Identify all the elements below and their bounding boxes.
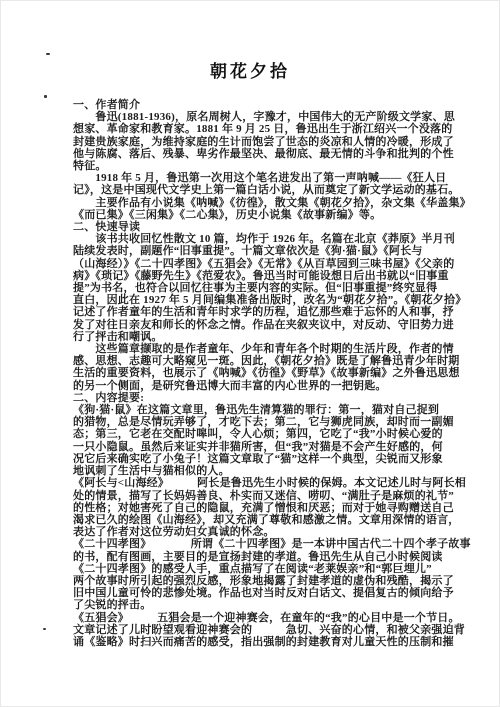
text-line: 特征。 — [73, 160, 433, 172]
text-line: 态；第三，它老在交配时嗥叫，令人心烦；第四，它吃了“我”小时候心爱的 — [73, 428, 433, 440]
text-line: 旧中国儿童可怜的悲惨处境。作品也对当时反对白话文、提倡复古的倾向给予 — [73, 587, 433, 599]
text-line: 《二十四孝图》 所谓《二十四孝图》是一本讲中国古代二十四个孝子故事 — [73, 538, 433, 550]
text-line: 病》《琐记》《藤野先生》《范爱农》。鲁迅当时可能设想日后出书就以“旧事重 — [73, 270, 433, 282]
document-title: 朝花夕拾 — [1, 1, 499, 83]
text-line: 一、作者简介 — [73, 99, 433, 111]
text-line: 直白，因此在 1927 年 5 月间编集准备出版时，改名为“朝花夕拾”。《朝花夕… — [73, 294, 433, 306]
text-line: 《二十四孝图》的感受人手，重点描写了在阅读“老莱娱亲”和“郭巨埋儿” — [73, 563, 433, 575]
text-line: （山海经）》《二十四孝图》《五猖会》《无常》《从百草园到三味书屋》《父亲的 — [73, 258, 433, 270]
text-line: 行了抨击和嘲讽。 — [73, 331, 433, 343]
text-line: 发了对往日亲友和师长的怀念之情。作品在夹叙夹议中，对反动、守旧势力进 — [73, 319, 433, 331]
text-line: 记述了作者童年的生活和青年时求学的历程，追忆那些难于忘怀的人和事，抒 — [73, 306, 433, 318]
text-line: 提”为书名，也符合以回忆往事为主要内容的实际。但“旧事重提”终究显得 — [73, 282, 433, 294]
text-line: 二、快速导读 — [73, 221, 433, 233]
text-line: 的书，配有图画，主要目的是宣扬封建的孝道。鲁迅先生从自己小时候阅读 — [73, 551, 433, 563]
text-line: 了尖锐的抨击。 — [73, 599, 433, 611]
document-page: 朝花夕拾 一、作者简介 鲁迅(1881-1936)，原名周树人，字豫才，中国伟大… — [0, 0, 500, 707]
text-line: 他与陈腐、落后、残暴、卑劣作最坚决、最彻底、最无情的斗争和批判的个性 — [73, 148, 433, 160]
text-line: 记》，这是中国现代文学史上第一篇白话小说，从而奠定了新文学运动的基石。 — [73, 184, 433, 196]
text-line: 的性格；对她害死了自己的隐鼠，充满了憎恨和厌恶；而对于她寻购赠送自己 — [73, 502, 433, 514]
text-line: 鲁迅(1881-1936)，原名周树人，字豫才，中国伟大的无产阶级文学家、思 — [73, 111, 433, 123]
text-line: 的另一个侧面，是研究鲁迅博大而丰富的内心世界的一把钥匙。 — [73, 380, 433, 392]
text-line: 主要作品有小说集《呐喊》《彷徨》，散文集《朝花夕拾》，杂文集《华盖集》 — [73, 197, 433, 209]
text-line: 二、内容提要: — [73, 392, 433, 404]
text-line: 况它后来确实吃了小兔子！这篇文章取了“猫”这样一个典型，尖锐而又形象 — [73, 453, 433, 465]
text-line: 一只小隐鼠。虽然后来证实并非猫所害，但“我”对猫是不会产生好感的，何 — [73, 441, 433, 453]
text-line: 《五猖会》 五猖会是一个迎神赛会，在童年的“我”的心目中是一个节日。 — [73, 612, 433, 624]
text-line: 生活的重要资料，也展示了《呐喊》《彷徨》《野草》《故事新编》之外鲁迅思想 — [73, 367, 433, 379]
document-body: 一、作者简介 鲁迅(1881-1936)，原名周树人，字豫才，中国伟大的无产阶级… — [73, 99, 433, 648]
text-line: 文章记述了儿时盼望观看迎神赛会的 急切、兴奋的心情，和被父亲强迫背 — [73, 624, 433, 636]
scan-artifact — [44, 95, 47, 98]
text-line: 《阿长与<山海经》 阿长是鲁迅先生小时候的保姆。本文记述儿时与阿长相 — [73, 477, 433, 489]
text-line: 封建贵族家庭，为维持家庭的生计而饱尝了世态的炎凉和人情的冷暖，形成了 — [73, 136, 433, 148]
text-line: 该书共收回忆性散文 10 篇，均作于 1926 年。名篇在北京《莽原》半月刊 — [73, 233, 433, 245]
text-line: 《狗·猫·鼠》在这篇文章里，鲁迅先生清算猫的罪行：第一，猫对自己捉到 — [73, 404, 433, 416]
text-line: 渴求已久的绘图《山海经》，却又充满了尊敬和感激之情。文章用深情的语言， — [73, 514, 433, 526]
scan-artifact — [43, 628, 46, 630]
text-line: 想家、革命家和教育家。1881 年 9 月 25 日，鲁迅出生于浙江绍兴一个没落… — [73, 123, 433, 135]
text-line: 陆续发表时，副题作“旧事重提”。十篇文章依次是《狗·猫·鼠》《阿长与 — [73, 245, 433, 257]
text-line: 《而已集》《三闲集》《二心集》，历史小说集《故事新编》等。 — [73, 209, 433, 221]
text-line: 两个故事时所引起的强烈反感，形象地揭露了封建孝道的虚伪和残酷，揭示了 — [73, 575, 433, 587]
text-line: 地讽刺了生活中与猫相似的人。 — [73, 465, 433, 477]
text-line: 的猎物，总是尽情玩弄够了，才吃下去；第二，它与狮虎同族，却时而一副媚 — [73, 416, 433, 428]
text-line: 诵《鉴略》时扫兴而痛苦的感受，指出强制的封建教育对儿童天性的压制和摧 — [73, 636, 433, 648]
text-line: 这些篇章撷取的是作者童年、少年和青年各个时期的生活片段，作者的情 — [73, 343, 433, 355]
text-line: 处的情景，描写了长妈妈善良、朴实而又迷信、唠叨、“满肚子是麻烦的礼节” — [73, 490, 433, 502]
scan-artifact — [46, 53, 50, 55]
text-line: 1918 年 5 月，鲁迅第一次用这个笔名进发出了第一声呐喊——《狂人日 — [73, 172, 433, 184]
text-line: 表达了作者对这位劳动妇女真诚的怀念。 — [73, 526, 433, 538]
text-line: 感、思想、志趣可大略窥见一斑。因此，《朝花夕拾》既是了解鲁迅青少年时期 — [73, 355, 433, 367]
